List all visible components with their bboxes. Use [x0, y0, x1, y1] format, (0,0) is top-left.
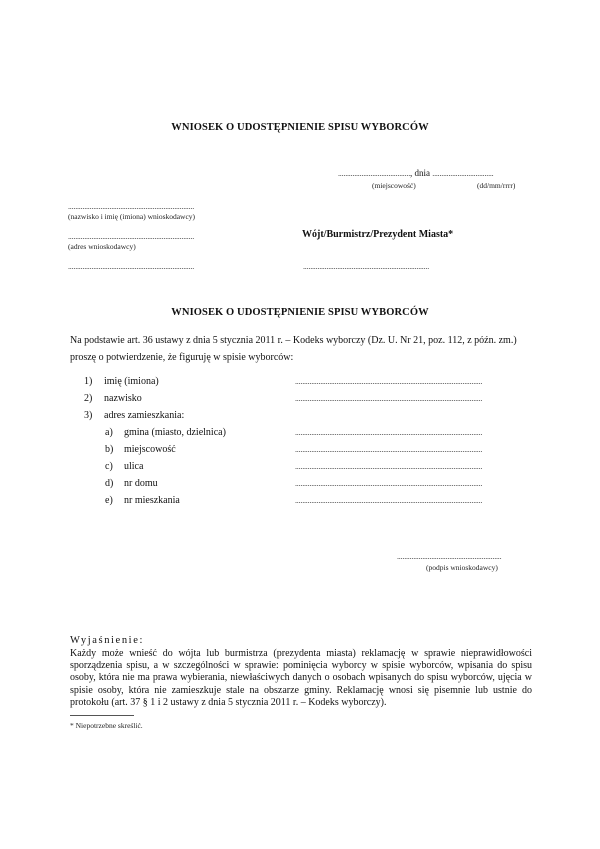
subfield-a-input[interactable]: ........................................…	[295, 428, 529, 437]
subfield-b-input[interactable]: ........................................…	[295, 445, 529, 454]
subfield-d-input[interactable]: ........................................…	[295, 479, 529, 488]
subfield-d-number: d)	[105, 478, 113, 489]
applicant-address-label: (adres wnioskodawcy)	[68, 242, 136, 251]
field-1-number: 1)	[84, 376, 92, 387]
place-field[interactable]: ........................................	[338, 169, 410, 178]
applicant-name-field[interactable]: ........................................…	[68, 202, 226, 211]
applicant-address-field[interactable]: ........................................…	[68, 232, 226, 241]
footnote-separator	[70, 715, 134, 716]
field-2-number: 2)	[84, 393, 92, 404]
subfield-e-label: nr mieszkania	[124, 495, 180, 506]
date-prefix: , dnia	[410, 168, 430, 178]
subfield-b-number: b)	[105, 444, 113, 455]
field-2-input[interactable]: ........................................…	[295, 394, 529, 403]
field-3-label: adres zamieszkania:	[104, 410, 184, 421]
explanation-heading: Wyjaśnienie:	[70, 635, 144, 646]
footnote-text: * Niepotrzebne skreślić.	[70, 721, 143, 730]
field-1-input[interactable]: ........................................…	[295, 377, 529, 386]
explanation-text: Każdy może wnieść do wójta lub burmistrz…	[70, 648, 532, 709]
recipient-title: Wójt/Burmistrz/Prezydent Miasta*	[302, 229, 453, 240]
document-header-title: WNIOSEK O UDOSTĘPNIENIE SPISU WYBORCÓW	[0, 122, 600, 133]
field-1-label: imię (imiona)	[104, 376, 159, 387]
subfield-e-number: e)	[105, 495, 113, 506]
place-date-line: ........................................…	[338, 168, 493, 178]
subfield-c-label: ulica	[124, 461, 143, 472]
recipient-field[interactable]: ........................................…	[303, 262, 457, 271]
applicant-name-label: (nazwisko i imię (imiona) wnioskodawcy)	[68, 212, 195, 221]
date-field[interactable]: ..................................	[432, 169, 493, 178]
place-label: (miejscowość)	[372, 181, 416, 190]
subfield-a-number: a)	[105, 427, 113, 438]
intro-line-2: proszę o potwierdzenie, że figuruję w sp…	[70, 350, 293, 366]
signature-label: (podpis wnioskodawcy)	[426, 563, 498, 572]
date-label: (dd/mm/rrrr)	[477, 181, 515, 190]
subfield-d-label: nr domu	[124, 478, 158, 489]
subfield-c-number: c)	[105, 461, 113, 472]
intro-line-1: Na podstawie art. 36 ustawy z dnia 5 sty…	[70, 333, 517, 349]
subfield-a-label: gmina (miasto, dzielnica)	[124, 427, 226, 438]
applicant-extra-field[interactable]: ........................................…	[68, 262, 224, 271]
field-3-number: 3)	[84, 410, 92, 421]
field-2-label: nazwisko	[104, 393, 142, 404]
subfield-b-label: miejscowość	[124, 444, 176, 455]
subfield-c-input[interactable]: ........................................…	[295, 462, 529, 471]
subfield-e-input[interactable]: ........................................…	[295, 496, 529, 505]
signature-field[interactable]: ........................................…	[397, 552, 533, 561]
main-title: WNIOSEK O UDOSTĘPNIENIE SPISU WYBORCÓW	[0, 307, 600, 318]
